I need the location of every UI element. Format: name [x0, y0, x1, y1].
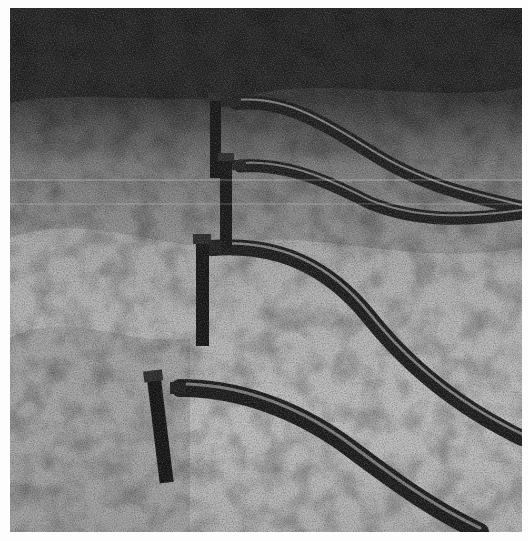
scanned-page: Four vertical well-point pipes driven in… [0, 0, 528, 541]
photograph: Four vertical well-point pipes driven in… [10, 8, 522, 532]
photo-canvas [10, 8, 522, 532]
